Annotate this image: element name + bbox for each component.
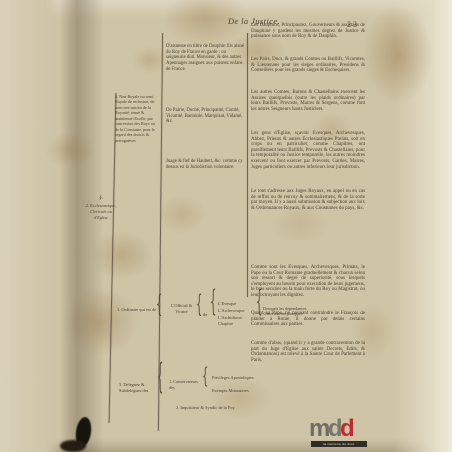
- ink-blot: [60, 440, 86, 452]
- brace-icon: {: [196, 295, 202, 319]
- tree-note-appel: Desquels les dependances s'entresuivent …: [263, 306, 307, 317]
- brace-icon: {: [202, 369, 208, 390]
- tree-node-pairie: De Pairie, Duché, Principauté, Comté, Vi…: [166, 108, 244, 125]
- tree-node-exempts-monasteres: Exempts Monasteres: [212, 388, 249, 393]
- paragraph-gens-eglise: Les gens d'Eglise, sçavoir Evesques, Arc…: [251, 131, 365, 170]
- paragraph-pairs-ducs: Les Pairs, Ducs, & grands Comtes ou Bail…: [251, 57, 365, 74]
- marginal-note-non-royale: 4. Non Royale ou semi Royale de reclusio…: [115, 94, 158, 143]
- logo-letters: mdd: [309, 417, 371, 441]
- tree-node-ordinaire: 1. Ordinaire qui est de: [117, 307, 157, 313]
- brace-icon: {: [157, 364, 163, 399]
- logo-letter-m: m: [309, 415, 328, 442]
- logo-letter-d2: d: [340, 415, 352, 442]
- paragraph-dauphins: Les Dauphins, Principautez, Gouverneurs …: [251, 23, 365, 40]
- margin-label-text: 2. Ecclesiastique, Clericale ou d'Eglise: [86, 203, 117, 220]
- tree-connector-de: de: [203, 312, 207, 317]
- scanned-book-page: De la Justice. 23 §. 2. Ecclesiastique, …: [0, 0, 452, 452]
- tree-node-official-vicaire: L'Official & Vicaire: [167, 303, 196, 315]
- column-rule-right: [247, 33, 248, 297]
- library-stamp-logo: mdd la mémoire du droit: [309, 417, 371, 447]
- list-item: L'Evesque: [218, 301, 258, 308]
- list-item: L'Archidiacre: [218, 315, 258, 322]
- list-item: L'Archevesque: [218, 308, 258, 315]
- tree-node-inquisiteur: 2. Inquisiteur & Syndic de la Foy.: [176, 405, 286, 410]
- tree-node-prelate-list: L'Evesque L'Archevesque L'Archidiacre Ch…: [218, 301, 258, 328]
- logo-letter-d1: d: [328, 415, 340, 442]
- paragraph-appel-comme-abus: Comme d'abus, (quand il y a grande contr…: [251, 341, 365, 363]
- brace-icon: {: [210, 291, 216, 320]
- margin-section-label: §. 2. Ecclesiastique, Clericale ou d'Egl…: [85, 196, 117, 221]
- tree-node-dauphin: D'aisnesse en tiltre de Dauphin fils ais…: [166, 44, 244, 72]
- paragraph-juges-royaux: Le tout s'adresse aux Juges Royaux, en a…: [251, 189, 365, 211]
- tree-node-deleguez: 3. Deleguez & Subdeleguez des: [119, 382, 159, 393]
- brace-icon: {: [156, 295, 162, 319]
- tree-node-fief: Juage & fief de Haubert, &c. comme cy de…: [166, 159, 244, 170]
- section-mark: §.: [85, 196, 117, 203]
- paragraph-comtes-barons: Les autres Comtes, Barons & Chastellains…: [251, 90, 365, 112]
- tree-node-privileges-apostoliques: Privileges Apostoliques: [212, 375, 254, 380]
- tree-node-conservateurs: 1. Conservateurs des: [169, 379, 202, 391]
- brace-icon: {: [256, 291, 262, 320]
- list-item: Chapitre: [218, 321, 258, 328]
- paragraph-evesques-pape: Comme sont les Evesques, Archevesques, P…: [251, 265, 365, 299]
